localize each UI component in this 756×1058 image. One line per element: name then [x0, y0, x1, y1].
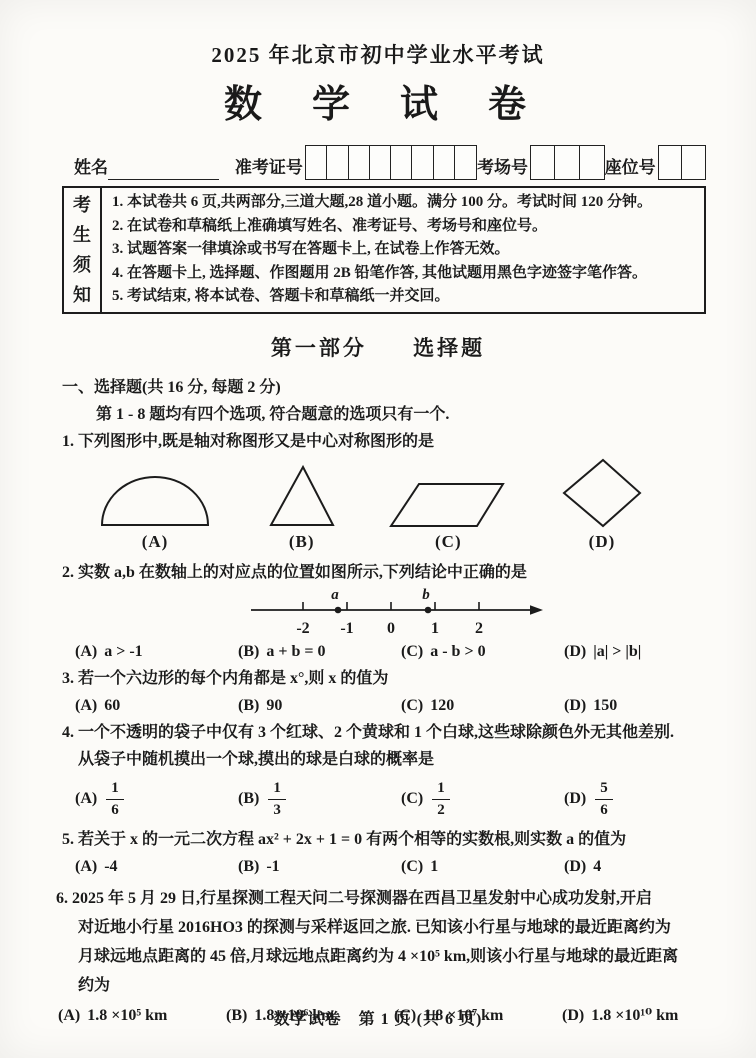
fraction-numerator: 1 — [432, 779, 450, 800]
fraction-denominator: 2 — [432, 800, 450, 820]
option-text: -4 — [104, 858, 117, 875]
exam-room-boxes — [530, 145, 605, 180]
question-2-numberline-figure: a b -2 -1 0 1 2 — [245, 588, 756, 638]
question-3-text: 3. 若一个六边形的每个内角都是 x°,则 x 的值为 — [62, 665, 720, 692]
admission-box — [390, 145, 413, 180]
paper-title: 数 学 试 卷 — [0, 82, 756, 128]
option-label: (D) — [564, 790, 586, 807]
tick-label: 0 — [387, 620, 395, 637]
admission-number-label: 准考证号 — [235, 156, 303, 180]
question-4-text-line2: 从袋子中随机摸出一个球,摸出的球是白球的概率是 — [78, 746, 720, 773]
option-a: (A)a > -1 — [75, 638, 238, 665]
question-2-text: 2. 实数 a,b 在数轴上的对应点的位置如图所示,下列结论中正确的是 — [62, 559, 720, 586]
section-name-label: 选择题 — [413, 336, 485, 360]
option-a: (A)-4 — [75, 853, 238, 880]
tick-label: 2 — [475, 620, 483, 637]
figure-label: (C) — [435, 532, 462, 552]
point-b-label: b — [422, 588, 430, 603]
section-part-label: 第一部分 — [271, 336, 367, 360]
option-label: (B) — [238, 858, 259, 875]
admission-box — [348, 145, 371, 180]
notice-item: 4. 在答题卡上, 选择题、作图题用 2B 铅笔作答, 其他试题用黑色字迹签字笔… — [112, 262, 698, 286]
option-c: (C)120 — [401, 692, 564, 719]
fraction: 16 — [106, 779, 124, 820]
option-text: 90 — [266, 697, 282, 714]
notice-item: 1. 本试卷共 6 页,共两部分,三道大题,28 道小题。满分 100 分。考试… — [112, 191, 698, 215]
notice-item: 2. 在试卷和草稿纸上准确填写姓名、准考证号、考场号和座位号。 — [112, 215, 698, 239]
option-label: (C) — [401, 858, 423, 875]
question-2-options: (A)a > -1 (B)a + b = 0 (C)a - b > 0 (D)|… — [75, 638, 726, 665]
choice-section-note: 第 1 - 8 题均有四个选项, 符合题意的选项只有一个. — [96, 401, 720, 428]
option-text: |a| > |b| — [593, 643, 641, 660]
diamond-icon — [560, 457, 644, 529]
question-4-text-line1: 4. 一个不透明的袋子中仅有 3 个红球、2 个黄球和 1 个白球,这些球除颜色… — [62, 719, 720, 746]
option-text: a + b = 0 — [266, 643, 325, 660]
admission-box — [326, 145, 349, 180]
exam-title: 2025 年北京市初中学业水平考试 — [0, 0, 756, 70]
triangle-icon — [267, 457, 337, 529]
choice-section-title: 一、选择题(共 16 分, 每题 2 分) — [62, 374, 720, 401]
figure-option-b: (B) — [267, 457, 337, 553]
fraction-numerator: 1 — [106, 779, 124, 800]
seat-number-boxes — [658, 145, 706, 180]
option-a: (A)16 — [75, 779, 238, 820]
option-label: (B) — [238, 643, 259, 660]
notice-body: 1. 本试卷共 6 页,共两部分,三道大题,28 道小题。满分 100 分。考试… — [102, 188, 704, 312]
tick-label: -1 — [340, 620, 353, 637]
option-c: (C)a - b > 0 — [401, 638, 564, 665]
point-a-dot — [335, 607, 342, 614]
tick-label: 1 — [431, 620, 439, 637]
option-text: 120 — [430, 697, 454, 714]
fraction-numerator: 1 — [268, 779, 286, 800]
tick-label: -2 — [296, 620, 309, 637]
option-c: (C)1 — [401, 853, 564, 880]
option-text: 4 — [593, 858, 601, 875]
question-5-options: (A)-4 (B)-1 (C)1 (D)4 — [75, 853, 726, 880]
fraction: 13 — [268, 779, 286, 820]
notice-box: 考生须知 1. 本试卷共 6 页,共两部分,三道大题,28 道小题。满分 100… — [62, 186, 706, 314]
option-text: 150 — [593, 697, 617, 714]
admission-box — [454, 145, 477, 180]
question-1-text: 1. 下列图形中,既是轴对称图形又是中心对称图形的是 — [62, 428, 720, 455]
point-b-dot — [425, 607, 432, 614]
fraction: 56 — [595, 779, 613, 820]
figure-option-a: (A) — [96, 457, 214, 553]
option-text: a > -1 — [104, 643, 142, 660]
name-blank-field — [108, 159, 219, 180]
option-d: (D)150 — [564, 692, 617, 719]
figure-label: (A) — [142, 532, 169, 552]
option-b: (B)-1 — [238, 853, 401, 880]
option-label: (A) — [75, 697, 97, 714]
admission-number-boxes — [305, 145, 477, 180]
option-text: 1 — [430, 858, 438, 875]
question-5-text: 5. 若关于 x 的一元二次方程 ax² + 2x + 1 = 0 有两个相等的… — [62, 826, 720, 853]
seat-number-label: 座位号 — [605, 156, 656, 180]
semicircle-icon — [96, 457, 214, 529]
question-6-text-line2: 对近地小行星 2016HO3 的探测与采样返回之旅. 已知该小行星与地球的最近距… — [78, 913, 720, 942]
numberline-svg: a b -2 -1 0 1 2 — [245, 588, 545, 638]
option-text: a - b > 0 — [430, 643, 485, 660]
parallelogram-icon — [389, 457, 507, 529]
option-a: (A)60 — [75, 692, 238, 719]
option-label: (B) — [238, 697, 259, 714]
figure-label: (B) — [289, 532, 315, 552]
figure-label: (D) — [589, 532, 616, 552]
option-label: (A) — [75, 858, 97, 875]
option-text: -1 — [266, 858, 279, 875]
fraction-denominator: 3 — [268, 800, 286, 820]
admission-box — [305, 145, 328, 180]
notice-side-label: 考生须知 — [73, 190, 92, 310]
admission-box — [433, 145, 456, 180]
notice-item: 3. 试题答案一律填涂或书写在答题卡上, 在试卷上作答无效。 — [112, 238, 698, 262]
candidate-info-row: 姓名 准考证号 考场号 座位号 — [74, 142, 706, 180]
fraction-denominator: 6 — [595, 800, 613, 820]
exam-paper-page: 2025 年北京市初中学业水平考试 数 学 试 卷 姓名 准考证号 考场号 座位… — [0, 0, 756, 1058]
admission-box — [411, 145, 434, 180]
option-label: (B) — [238, 790, 259, 807]
question-3-options: (A)60 (B)90 (C)120 (D)150 — [75, 692, 726, 719]
option-b: (B)13 — [238, 779, 401, 820]
numberline-arrow — [530, 605, 543, 615]
option-label: (A) — [75, 643, 97, 660]
option-label: (D) — [564, 858, 586, 875]
question-6-text-line1: 6. 2025 年 5 月 29 日,行星探测工程天问二号探测器在西昌卫星发射中… — [56, 884, 720, 913]
section-heading: 第一部分 选择题 — [0, 332, 756, 364]
notice-item: 5. 考试结束, 将本试卷、答题卡和草稿纸一并交回。 — [112, 285, 698, 309]
question-6-text-line3: 月球远地点距离的 45 倍,月球远地点距离约为 4 ×10⁵ km,则该小行星与… — [78, 942, 720, 971]
exam-room-label: 考场号 — [477, 156, 528, 180]
name-label: 姓名 — [74, 156, 108, 180]
figure-option-c: (C) — [389, 457, 507, 553]
option-d: (D)4 — [564, 853, 601, 880]
room-box — [579, 145, 605, 180]
room-box — [554, 145, 580, 180]
option-label: (C) — [401, 697, 423, 714]
page-footer: 数学试卷 第 1 页 (共 6 页) — [0, 1006, 756, 1029]
point-a-label: a — [331, 588, 339, 603]
option-label: (C) — [401, 790, 423, 807]
notice-side-column: 考生须知 — [64, 188, 102, 312]
fraction-denominator: 6 — [106, 800, 124, 820]
room-box — [530, 145, 556, 180]
option-label: (D) — [564, 643, 586, 660]
option-d: (D)|a| > |b| — [564, 638, 641, 665]
option-label: (A) — [75, 790, 97, 807]
option-label: (D) — [564, 697, 586, 714]
option-b: (B)a + b = 0 — [238, 638, 401, 665]
option-d: (D)56 — [564, 779, 613, 820]
fraction: 12 — [432, 779, 450, 820]
seat-box — [658, 145, 683, 180]
option-b: (B)90 — [238, 692, 401, 719]
option-text: 60 — [104, 697, 120, 714]
option-label: (C) — [401, 643, 423, 660]
question-6-text-line4: 约为 — [78, 971, 720, 1000]
figure-option-d: (D) — [560, 457, 644, 553]
option-c: (C)12 — [401, 779, 564, 820]
admission-box — [369, 145, 392, 180]
question-4-options: (A)16 (B)13 (C)12 (D)56 — [75, 775, 726, 823]
fraction-numerator: 5 — [595, 779, 613, 800]
seat-box — [681, 145, 706, 180]
question-1-figures: (A) (B) (C) (D) — [96, 457, 644, 553]
